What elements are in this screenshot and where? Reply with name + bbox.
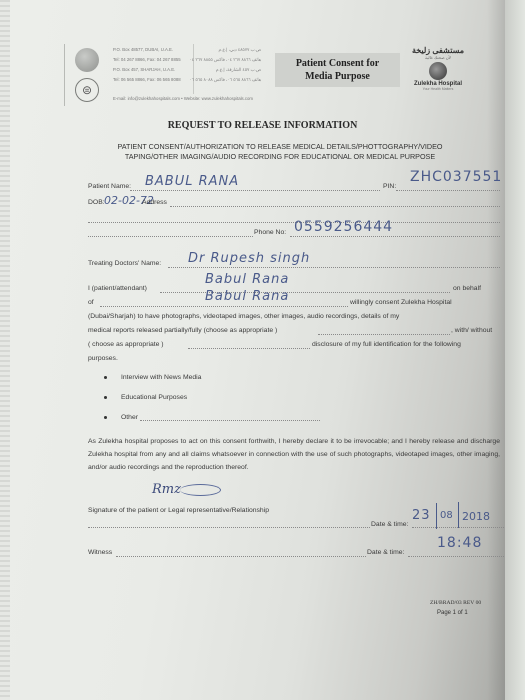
hospital-logo-icon: [429, 62, 447, 80]
bullet-icon: [104, 376, 107, 379]
brand-sub-ar: لأن صحتك غالية: [408, 55, 468, 60]
address-line-ar: ص.ب ٤٥٧ الشارقة، إ.ع.م: [203, 67, 261, 73]
address-label: Address: [142, 199, 167, 206]
page-number: Page 1 of 1: [437, 610, 468, 616]
phone-leader-line: [88, 236, 253, 237]
page-title: REQUEST TO RELEASE INFORMATION: [0, 120, 525, 131]
subtitle-line: PATIENT CONSENT/AUTHORIZATION TO RELEASE…: [80, 142, 480, 152]
attendant-label: I (patient/attendant): [88, 285, 147, 292]
of-field[interactable]: Babul Rana: [205, 289, 289, 304]
address-line-ar: ص.ب ٤٨٥٧٧ دبي، إ.ع.م: [203, 47, 261, 53]
purpose-item: Interview with News Media: [104, 374, 201, 381]
brand-name-ar: مستشفى زليخة: [408, 46, 468, 55]
contact-line: E-mail: info@zulekhahospitals.com • Webs…: [113, 96, 253, 101]
hospital-address-block: ⊜ P.O. Box 48577, DUBAI, U.A.E. Tel: 04 …: [64, 44, 265, 106]
date-day-field[interactable]: 23: [412, 508, 431, 523]
of-line: [100, 306, 348, 307]
pin-label: PIN:: [383, 183, 396, 190]
brand-tagline: Your Health Matters: [408, 87, 468, 91]
time-field[interactable]: 18:48: [437, 535, 482, 551]
accreditation-logo-icon: [75, 48, 99, 72]
declaration-text: As Zulekha hospital proposes to act on t…: [88, 435, 500, 474]
address-line-ar: هاتف ٨٨٦٦ ٥٦٥ ٠٦، فاكس ٨٠٨٨ ٥٦٥ ٠٦: [203, 77, 261, 83]
signature-label: Signature of the patient or Legal repres…: [88, 507, 269, 514]
purpose-item: Other: [104, 414, 138, 421]
seal-logo-icon: ⊜: [75, 78, 99, 102]
consent-text: medical reports released partially/fully…: [88, 327, 277, 334]
address-line: P.O. Box 48577, DUBAI, U.A.E.: [113, 47, 173, 52]
signature-date-label: Date & time:: [371, 521, 408, 528]
date-separator: [436, 503, 437, 529]
witness-date-label: Date & time:: [367, 549, 404, 556]
form-title-box: Patient Consent for Media Purpose: [275, 53, 400, 87]
page-edge-left: [0, 0, 10, 700]
other-purpose-line[interactable]: [140, 420, 320, 421]
form-title-line2: Media Purpose: [275, 70, 400, 83]
date-year-field[interactable]: 2018: [462, 510, 490, 523]
address-line-1[interactable]: [170, 206, 500, 207]
consent-text: (Dubai/Sharjah) to have photographs, vid…: [88, 313, 399, 320]
consent-tail-text: willingly consent Zulekha Hospital: [350, 299, 452, 306]
page-edge-right: [505, 0, 525, 700]
pin-field[interactable]: ZHC037551: [410, 169, 502, 185]
on-behalf-label: on behalf: [453, 285, 481, 292]
pin-line: [396, 190, 500, 191]
signature-stroke: [180, 484, 221, 496]
consent-text: disclosure of my full identification for…: [312, 341, 461, 348]
patient-name-label: Patient Name:: [88, 183, 131, 190]
attendant-line: [160, 292, 450, 293]
patient-signature[interactable]: Rmz: [152, 482, 181, 497]
witness-line[interactable]: [116, 556, 366, 557]
doctor-field[interactable]: Dr Rupesh singh: [188, 251, 310, 266]
patient-name-field[interactable]: BABUL RANA: [145, 174, 239, 189]
phone-label: Phone No:: [254, 229, 286, 236]
consent-text: ( choose as appropriate ): [88, 341, 164, 348]
doctor-line: [168, 267, 500, 268]
form-code: ZH/BRAD/03 REV 00: [430, 600, 481, 606]
of-label: of: [88, 299, 94, 306]
phone-line: [290, 236, 500, 237]
hospital-brand: مستشفى زليخة لأن صحتك غالية Zulekha Hosp…: [408, 46, 468, 91]
patient-name-line: [130, 190, 380, 191]
address-line-ar: هاتف ٨٨٦٦ ٢٦٧ ٠٤، فاكس ٨٨٥٥ ٢٦٧ ٠٤: [203, 57, 261, 63]
form-title-line1: Patient Consent for: [275, 57, 400, 70]
bullet-icon: [104, 396, 107, 399]
address-line: P.O. Box 457, SHARJAH, U.A.E.: [113, 67, 175, 72]
address-line: Tel: 04 267 8866, Fax: 04 267 8855: [113, 57, 181, 62]
purpose-item: Educational Purposes: [104, 394, 187, 401]
bullet-icon: [104, 416, 107, 419]
doctor-label: Treating Doctors' Name:: [88, 260, 161, 267]
with-without-choice-line[interactable]: [188, 348, 310, 349]
date-separator: [458, 502, 459, 528]
consent-text: purposes.: [88, 355, 118, 362]
witness-label: Witness: [88, 549, 112, 556]
address-line: Tel: 06 565 8866, Fax: 06 565 8088: [113, 77, 181, 82]
consent-text: , with/ without: [451, 327, 492, 334]
header-divider: [193, 44, 194, 94]
page-subtitle: PATIENT CONSENT/AUTHORIZATION TO RELEASE…: [80, 142, 480, 162]
dob-label: DOB:: [88, 199, 105, 206]
witness-date-line: [408, 556, 504, 557]
signature-line: [88, 527, 370, 528]
attendant-field[interactable]: Babul Rana: [205, 272, 289, 287]
phone-field[interactable]: 0559256444: [294, 219, 393, 235]
partial-full-choice-line[interactable]: [318, 334, 450, 335]
subtitle-line: TAPING/OTHER IMAGING/AUDIO RECORDING FOR…: [80, 152, 480, 162]
date-month-field[interactable]: 08: [440, 510, 453, 521]
